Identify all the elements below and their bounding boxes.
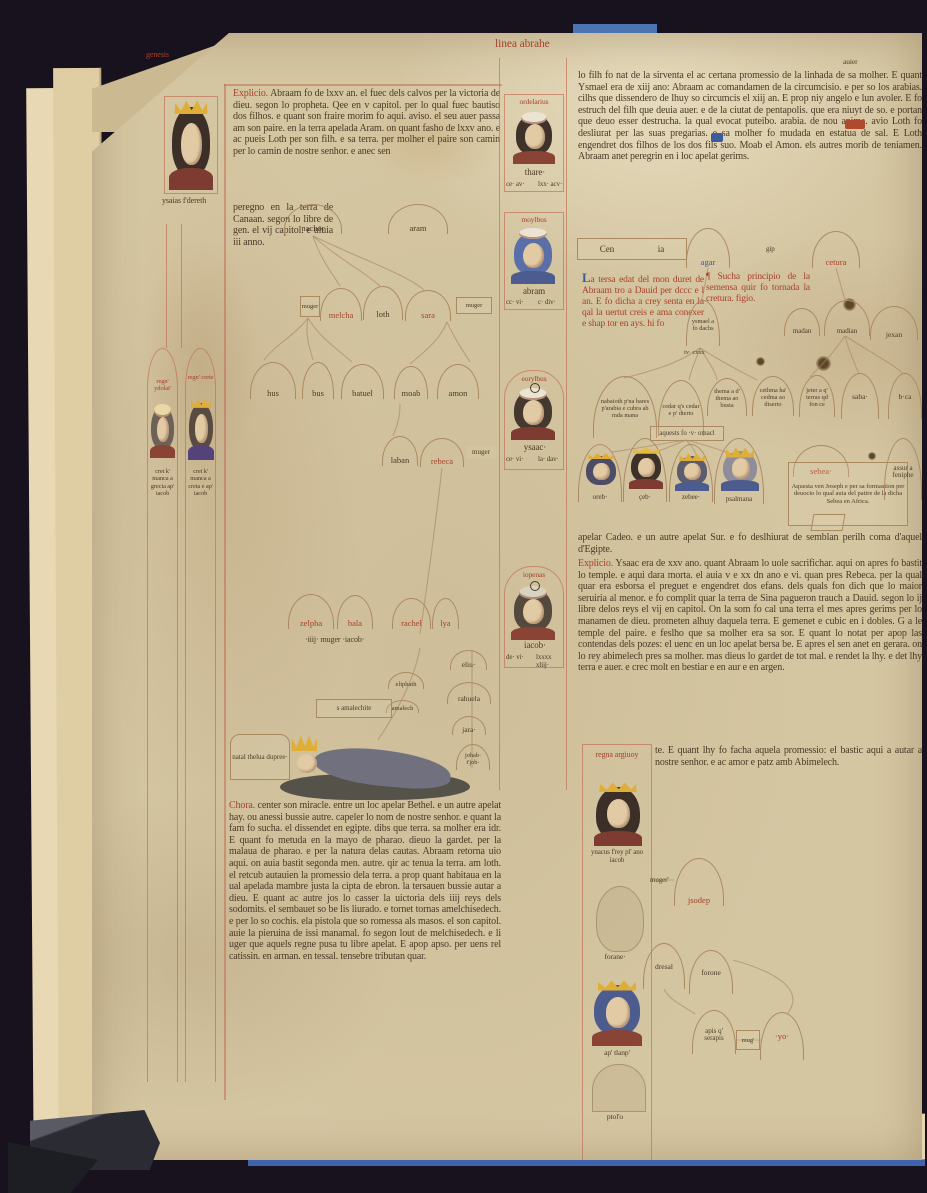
column-rule-left <box>224 84 226 1100</box>
right-paragraph-1: lo filh fo nat de la sirventa el ac cert… <box>578 70 922 238</box>
photo-border-left <box>0 0 30 1193</box>
label: çeb· <box>639 493 651 501</box>
portrait-face <box>684 463 700 480</box>
gip-note: gip <box>766 245 790 253</box>
body-text: Ysaac era de xxv ano. quant Abraam lo uo… <box>578 558 922 673</box>
portrait-face <box>638 458 654 477</box>
body-text: a tersa edat del mon duret de Abraam tro… <box>582 275 704 329</box>
sleeping-figure <box>280 740 470 802</box>
faint-sketch-1 <box>596 886 644 952</box>
mid-name-1: thare· <box>516 167 554 177</box>
portrait-ynacus <box>592 782 644 846</box>
portrait-robe <box>629 479 663 489</box>
mid-num-left-4: de· vi· <box>506 653 530 661</box>
hat-knob-icon <box>530 581 540 591</box>
label: melcha <box>329 310 354 320</box>
muger-box: muger <box>456 297 492 314</box>
left-paragraph-bottom: Chora. center son miracle. entre un loc … <box>229 800 501 1100</box>
portrait-thare <box>512 110 556 164</box>
mid-rubric-4: iopenas <box>506 570 562 579</box>
portrait-robe <box>150 445 175 458</box>
portrait-zebee <box>674 453 710 491</box>
body-text: center son miracle. entre un loc apelar … <box>229 800 501 962</box>
portrait-patriarch-top-left <box>168 100 214 190</box>
label: rachel <box>401 618 422 628</box>
left-paragraph-top: Explicio. Abraam fo de lxxv an. el fuec … <box>233 88 500 200</box>
header-rubric: linea abrahe <box>495 38 605 50</box>
label: zebee· <box>682 493 700 501</box>
portrait-face <box>157 417 169 443</box>
left-top-portrait-caption: ysaias f'dereth <box>162 196 220 206</box>
paraph-mark-red <box>845 120 865 129</box>
corner-note: genesis <box>146 50 216 59</box>
band-caption-ynacus: ynacus f'rey pl' ano iacob <box>586 848 648 864</box>
portrait-face <box>606 997 630 1027</box>
portrait-robe <box>513 151 554 164</box>
mid-rubric-2: moylbus <box>506 215 562 224</box>
mid-rubric-1: ordelarius <box>506 97 562 106</box>
mid-num-left-3: ce· vi· <box>506 455 530 463</box>
portrait-robe <box>169 168 212 190</box>
wormhole <box>868 452 876 460</box>
right-paragraph-2: apelar Cadeo. e un autre apelat Sur. e f… <box>578 532 922 558</box>
band-rubric: regna argiuoy <box>588 750 646 759</box>
portrait-face <box>593 463 609 480</box>
cen-left: Cen <box>600 246 615 253</box>
portrait-psalmana <box>720 447 760 491</box>
portrait-robe <box>721 480 759 491</box>
label: jsodep <box>688 895 710 905</box>
portrait-face <box>523 243 544 269</box>
right-paragraph-3: Explicio. Ysaac era de xxv ano. quant Ab… <box>578 558 922 744</box>
faint-sketch-2 <box>592 1064 646 1112</box>
label: zelpha <box>300 618 322 628</box>
gold-hat-icon <box>633 447 659 454</box>
muger-box: muger <box>300 296 320 317</box>
book-clasp <box>8 1102 238 1193</box>
body-text: Abraam fo de lxxv an. el fuec dels calvo… <box>233 88 500 157</box>
photo-border-top <box>0 0 927 33</box>
king-arch-oreb: oreb· <box>578 444 622 502</box>
hat-knob-icon <box>530 383 540 393</box>
mid-num-right-2: c· div· <box>538 298 564 306</box>
portrait-face <box>195 414 208 443</box>
turban-icon <box>521 112 547 124</box>
king-arch-ceb: çeb· <box>623 438 667 502</box>
mid-num-left-2: cc· vi· <box>506 298 530 306</box>
margin-band-1 <box>147 348 178 1082</box>
kings-caption-box: aquests fo ·v· omacl <box>650 426 724 441</box>
mid-name-2: abram <box>514 286 554 296</box>
cap-icon <box>154 404 170 417</box>
blue-line-bottom <box>248 1160 925 1166</box>
mid-name-3: ysaac· <box>515 442 555 452</box>
portrait-robe <box>511 271 554 284</box>
ysmael-numbers: iv· cxxx <box>684 349 726 356</box>
band2-caption: cret k' manca a creta e ap' iacob <box>186 468 215 498</box>
band-caption-ap: ap' tlanp' <box>586 1048 648 1057</box>
sleeper-face <box>297 754 317 773</box>
manuscript-photo: linea abrahe genesis auier ysaias f'dere… <box>0 0 927 1193</box>
portrait-robe <box>511 627 554 640</box>
mid-num-right-1: lxx· acv· <box>538 180 564 188</box>
portrait-jacob <box>510 584 556 640</box>
king-arch-psalmana: psalmana <box>714 438 764 504</box>
label: agar <box>701 257 716 267</box>
portrait-robe <box>675 482 709 491</box>
top-right-note: auier <box>843 57 891 66</box>
mid-num-right-4: lxxxx xliij· <box>536 653 566 669</box>
band-caption-ptolo: ptol'o <box>590 1112 640 1121</box>
label: sara <box>421 310 435 320</box>
king-arch-zebee: zebee· <box>669 444 713 502</box>
portrait-band-bottom-king <box>590 980 644 1046</box>
mid-rubric-3: eorylbus <box>506 374 562 383</box>
portrait-face <box>181 123 202 164</box>
band1-caption: cret k' manca a grecia ap' iacob <box>148 468 177 498</box>
band-caption-forane: forane· <box>590 952 640 961</box>
portrait-band2-king <box>187 398 215 460</box>
portrait-robe <box>511 427 554 440</box>
portrait-band1-king <box>149 402 176 458</box>
label: bala <box>348 618 362 628</box>
portrait-robe <box>592 1030 643 1046</box>
mid-name-4: iacob· <box>515 640 555 650</box>
label: psalmana <box>726 495 752 503</box>
rubric: Explicio. <box>578 558 613 569</box>
label: lya <box>440 618 450 628</box>
portrait-ysaac <box>510 386 556 440</box>
turban-icon <box>519 228 547 239</box>
portrait-face <box>732 458 750 478</box>
column-rule-top <box>224 84 502 86</box>
portrait-face <box>525 124 545 149</box>
band2-rubric: regn' crete <box>186 374 215 381</box>
label: rebeca <box>431 456 453 466</box>
label: ·yo· <box>775 1031 789 1041</box>
initial-letter: L <box>582 270 591 285</box>
cen-box: Cen ia <box>577 238 687 260</box>
label: cetura <box>826 257 847 267</box>
band1-rubric: regn' ydolat' <box>148 378 177 392</box>
portrait-face <box>523 599 544 625</box>
amalechites-box: s amalechite <box>316 699 392 718</box>
margin-strip <box>166 224 182 348</box>
mid-num-right-3: la· dav· <box>538 455 564 463</box>
wormhole <box>816 356 831 371</box>
muger-note: muger <box>466 446 496 459</box>
portrait-oreb <box>583 453 619 491</box>
ark-sketch <box>811 514 846 531</box>
paraph-mark-blue <box>711 133 723 142</box>
cen-right: ia <box>658 246 665 253</box>
mug-box: mug' <box>736 1030 760 1050</box>
portrait-face <box>523 400 544 425</box>
portrait-abram <box>510 228 556 284</box>
portrait-robe <box>594 831 643 846</box>
portrait-ceb <box>628 447 664 489</box>
right-paragraph-4: te. E quant lhy fo facha aquela promessi… <box>655 745 922 789</box>
wormhole <box>756 357 765 366</box>
portrait-robe <box>188 445 214 460</box>
mid-num-left-1: ce· av· <box>506 180 530 188</box>
rubric: Chora. <box>229 800 255 811</box>
rubric: Explicio. <box>233 88 268 99</box>
portrait-face <box>607 799 630 828</box>
row5-caption: ·iiij· muger ·iacob· <box>305 635 437 644</box>
label: oreb· <box>593 493 608 501</box>
